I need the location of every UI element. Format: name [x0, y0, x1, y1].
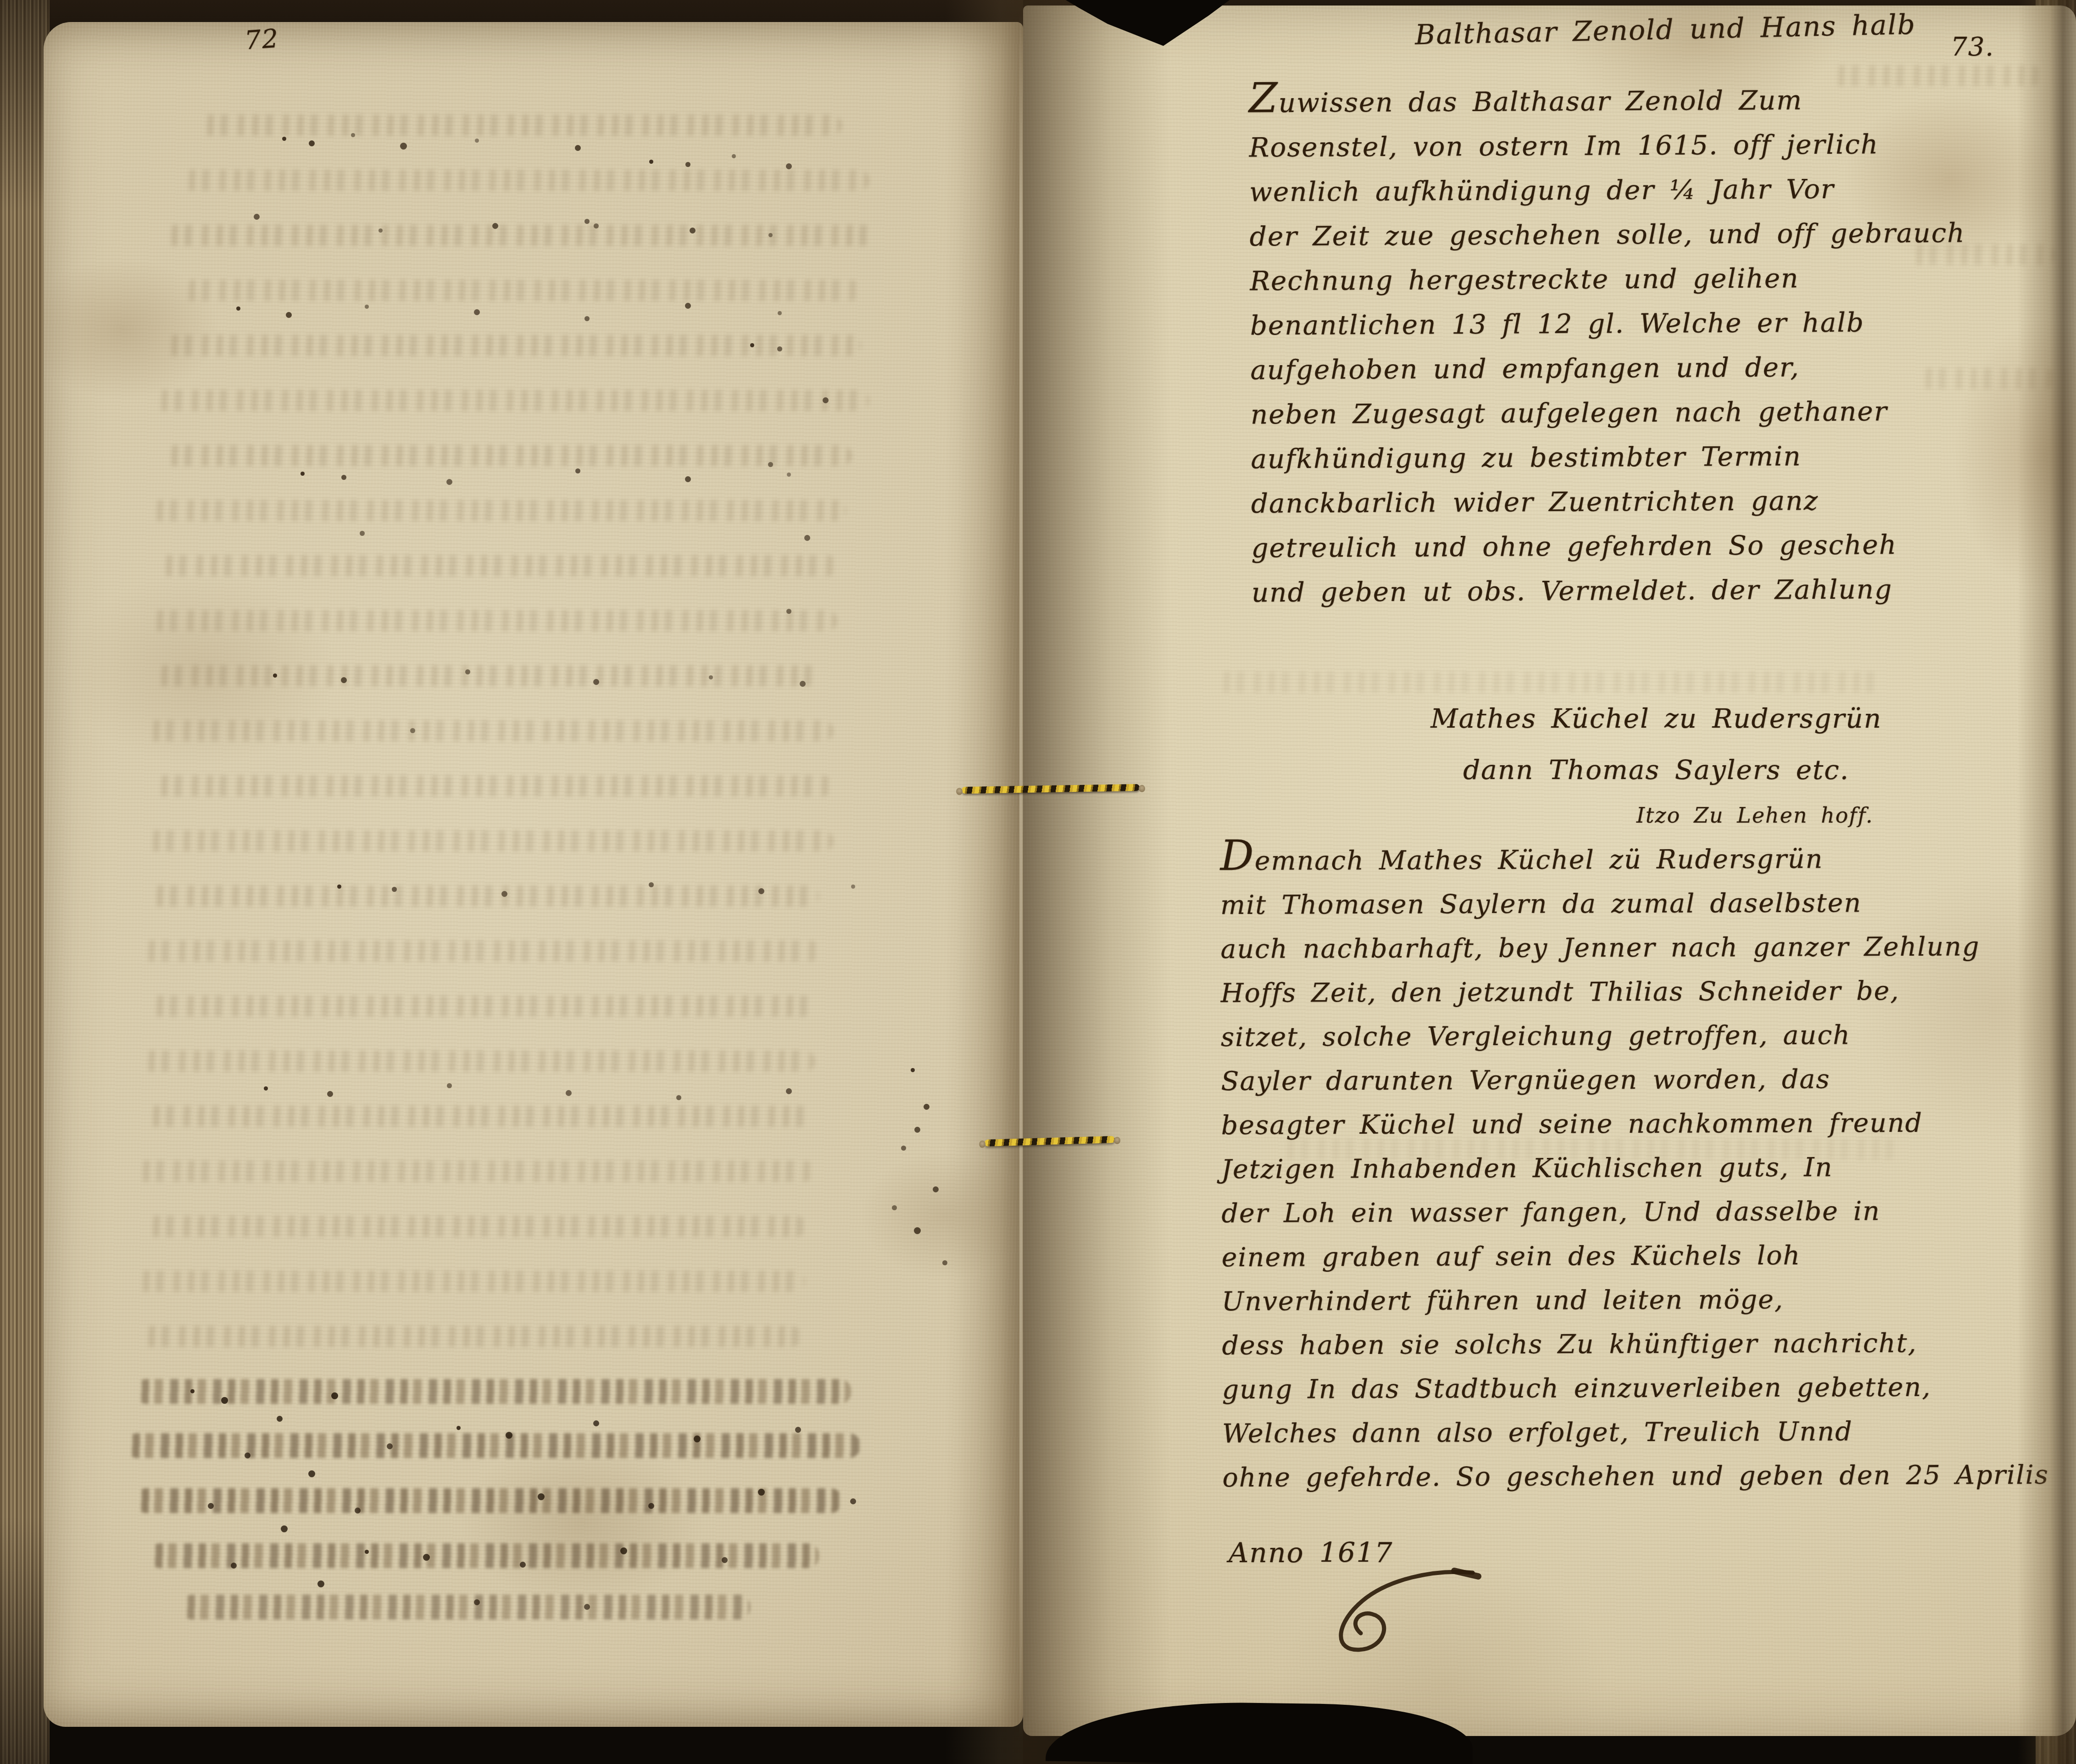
- entry-heading: Balthasar Zenold und Hans halb: [1280, 6, 2051, 54]
- right-page: 73. Balthasar Zenold und Hans halb Zuwis…: [1023, 6, 2076, 1736]
- bleedthrough-line: [200, 115, 842, 136]
- manuscript-line: gung In das Stadtbuch einzuverleiben geb…: [1222, 1365, 2057, 1412]
- book-photograph: 72: [0, 0, 2076, 1764]
- bleedthrough-line: [145, 720, 834, 741]
- ink-specks: [911, 1068, 915, 1072]
- manuscript-line: auch nachbarhaft, bey Jenner nach ganzer…: [1220, 924, 2055, 971]
- bleedthrough-line: [154, 775, 833, 796]
- bleedthrough-line: [158, 555, 837, 576]
- manuscript-line: getreulich und ohne gefehrden So gescheh: [1251, 522, 2040, 570]
- manuscript-line: Sayler darunten Vergnüegen worden, das: [1221, 1057, 2056, 1103]
- ink-specks: [750, 343, 754, 347]
- manuscript-line: wenlich aufkhündigung der ¼ Jahr Vor: [1249, 166, 2038, 215]
- entry-paragraph-1: Zuwissen das Balthasar Zenold Zum Rosens…: [1249, 72, 2041, 615]
- ink-specks: [456, 1426, 461, 1430]
- manuscript-line: Jetzigen Inhabenden Küchlischen guts, In: [1221, 1145, 2056, 1191]
- bleedthrough-line: [149, 610, 837, 631]
- bleedthrough-line: [1216, 672, 1881, 693]
- ink-specks: [190, 1389, 195, 1393]
- page-number-left: 72: [244, 23, 280, 56]
- bleedthrough-line: [181, 1595, 750, 1619]
- bleedthrough-line: [164, 225, 875, 246]
- manuscript-line: dann Thomas Saylers etc.: [1262, 744, 2051, 796]
- bleedthrough-line: [145, 1106, 811, 1127]
- bleedthrough-line: [181, 170, 869, 191]
- ink-specks: [337, 885, 341, 889]
- bleedthrough-line: [145, 1216, 806, 1237]
- left-page: 72: [44, 22, 1023, 1727]
- bleedthrough-line: [149, 996, 814, 1017]
- bleedthrough-line: [181, 280, 860, 301]
- manuscript-line: mit Thomasen Saylern da zumal daselbsten: [1220, 880, 2055, 927]
- book-fore-edge: [0, 0, 50, 1764]
- bleedthrough-line: [141, 940, 820, 962]
- bleedthrough-line: [135, 1379, 851, 1404]
- bleedthrough-line: [154, 665, 819, 686]
- manuscript-line: und geben ut obs. Vermeldet. der Zahlung: [1252, 566, 2041, 615]
- manuscript-line: Itzo Zu Lehen hoff.: [1262, 796, 2051, 835]
- manuscript-line: Rechnung hergestreckte und gelihen: [1250, 255, 2039, 303]
- ink-specks: [301, 472, 305, 476]
- manuscript-line: neben Zugesagt aufgelegen nach gethaner: [1251, 388, 2040, 437]
- manuscript-line: sitzet, solche Vergleichung getroffen, a…: [1221, 1013, 2056, 1059]
- manuscript-line: aufgehoben und empfangen und der,: [1250, 344, 2039, 392]
- ink-specks: [273, 673, 277, 678]
- manuscript-line: danckbarlich wider Zuentrichten ganz: [1251, 477, 2040, 526]
- bleedthrough-line: [145, 830, 834, 851]
- bleedthrough-line: [141, 1051, 815, 1072]
- manuscript-line: Demnach Mathes Küchel zü Rudersgrün: [1220, 831, 2055, 883]
- manuscript-line: benantlichen 13 fl 12 gl. Welche er halb: [1250, 299, 2039, 348]
- manuscript-line: Unverhindert führen und leiten möge,: [1222, 1277, 2057, 1324]
- entry-paragraph-2: Demnach Mathes Küchel zü Rudersgrün mit …: [1220, 831, 2057, 1500]
- bleedthrough-line: [149, 1543, 819, 1568]
- bleedthrough-line: [164, 445, 852, 466]
- manuscript-line: Welches dann also erfolget, Treulich Unn…: [1222, 1409, 2057, 1456]
- ink-specks: [264, 1086, 268, 1091]
- gutter-crease: [1019, 14, 1023, 1739]
- bleedthrough-line: [126, 1433, 860, 1458]
- manuscript-line: dess haben sie solchs Zu khünftiger nach…: [1222, 1321, 2057, 1368]
- bleedthrough-line: [141, 1326, 801, 1347]
- manuscript-line: aufkhündigung zu bestimbter Termin: [1251, 433, 2040, 481]
- manuscript-line: Hoffs Zeit, den jetzundt Thilias Schneid…: [1221, 968, 2056, 1015]
- bleedthrough-line: [135, 1488, 842, 1513]
- ink-specks: [649, 160, 653, 164]
- manuscript-line: der Loh ein wasser fangen, Und dasselbe …: [1221, 1189, 2056, 1235]
- manuscript-line: Mathes Küchel zu Rudersgrün: [1262, 693, 2051, 744]
- bleedthrough-line: [135, 1161, 814, 1182]
- bleedthrough-line: [154, 390, 869, 411]
- manuscript-line: Zuwissen das Balthasar Zenold Zum: [1249, 72, 2038, 126]
- ink-specks: [236, 306, 240, 311]
- manuscript-line: ohne gefehrde. So geschehen und geben de…: [1222, 1453, 2057, 1500]
- manuscript-line: einem graben auf sein des Küchels loh: [1222, 1233, 2057, 1280]
- bleedthrough-line: [149, 885, 819, 907]
- bleedthrough-line: [164, 335, 861, 356]
- notary-flourish-icon: [1317, 1564, 1509, 1665]
- bleedthrough-line: [135, 1271, 805, 1292]
- ink-specks: [282, 137, 286, 141]
- manuscript-line: Rosenstel, von ostern Im 1615. off jerli…: [1249, 122, 2038, 170]
- manuscript-line: besagter Küchel und seine nachkommen fre…: [1221, 1101, 2056, 1147]
- bleedthrough-line: [149, 500, 846, 521]
- ink-specks: [365, 1550, 369, 1554]
- manuscript-line: der Zeit zue geschehen solle, und off ge…: [1250, 211, 2039, 259]
- entry-subheading: Mathes Küchel zu Rudersgrün dann Thomas …: [1262, 693, 2051, 835]
